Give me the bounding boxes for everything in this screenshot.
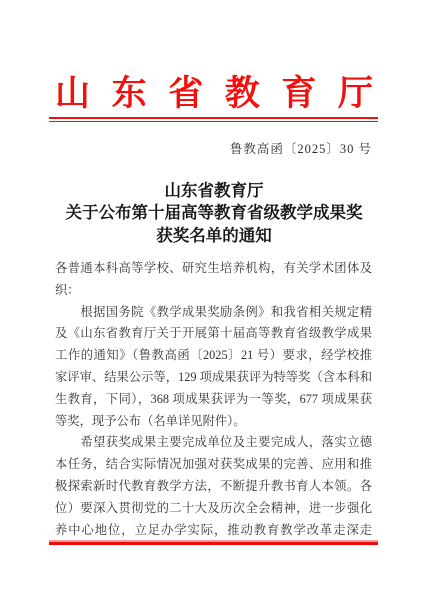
document-page: 山东省教育厅 鲁教高函〔2025〕30 号 山东省教育厅 关于公布第十届高等教育…	[0, 0, 428, 606]
org-name-char: 教	[225, 74, 260, 114]
notice-title-line-1: 山东省教育厅	[0, 180, 428, 202]
letterhead-org-name: 山东省教育厅	[55, 74, 373, 114]
body-line: 及《山东省教育厅关于开展第十届高等教育省级教学成果奖评选	[55, 323, 372, 345]
body-line: 家评审、结果公示等，129 项成果获评为特等奖（含本科和研究	[55, 367, 372, 389]
org-name-char: 东	[112, 74, 147, 114]
letterhead-red-divider	[49, 117, 378, 122]
org-name-char: 省	[168, 74, 203, 114]
notice-title: 山东省教育厅 关于公布第十届高等教育省级教学成果奖 获奖名单的通知	[0, 180, 428, 247]
body-line: 位）要深入贯彻党的二十大及历次全会精神，进一步强化人才培	[55, 498, 372, 520]
body-line: 生教育，下同），368 项成果获评为一等奖，677 项成果获评为二	[55, 389, 372, 411]
org-name-char: 山	[55, 74, 90, 114]
body-line: 工作的通知》（鲁教高函〔2025〕21 号）要求，经学校推荐、专	[55, 345, 372, 367]
org-name-char: 厅	[338, 74, 373, 114]
org-name-char: 育	[281, 74, 316, 114]
notice-title-line-2: 关于公布第十届高等教育省级教学成果奖	[0, 202, 428, 224]
document-number: 鲁教高函〔2025〕30 号	[230, 139, 372, 157]
page-bottom-red-divider	[49, 540, 378, 545]
page-bottom-divider-thick-line	[49, 542, 378, 545]
body-line: 希望获奖成果主要完成单位及主要完成人，落实立德树人根	[55, 432, 372, 454]
notice-title-line-3: 获奖名单的通知	[0, 225, 428, 247]
body-line: 极探索新时代教育教学方法，不断提升教书育人本领。各高校（单	[55, 476, 372, 498]
notice-body: 各普通本科高等学校、研究生培养机构，有关学术团体及社会组织： 根据国务院《教学成…	[55, 258, 372, 541]
body-line: 织：	[55, 280, 372, 302]
body-line: 等奖，现予公布（名单详见附件）。	[55, 411, 372, 433]
body-line: 各普通本科高等学校、研究生培养机构，有关学术团体及社会组	[55, 258, 372, 280]
body-line: 养中心地位，立足办学实际，推动教育教学改革走深走实，全面	[55, 520, 372, 542]
body-line: 本任务，结合实际情况加强对获奖成果的完善、应用和推广，积	[55, 454, 372, 476]
body-line: 根据国务院《教学成果奖励条例》和我省相关规定精神，以	[55, 302, 372, 324]
